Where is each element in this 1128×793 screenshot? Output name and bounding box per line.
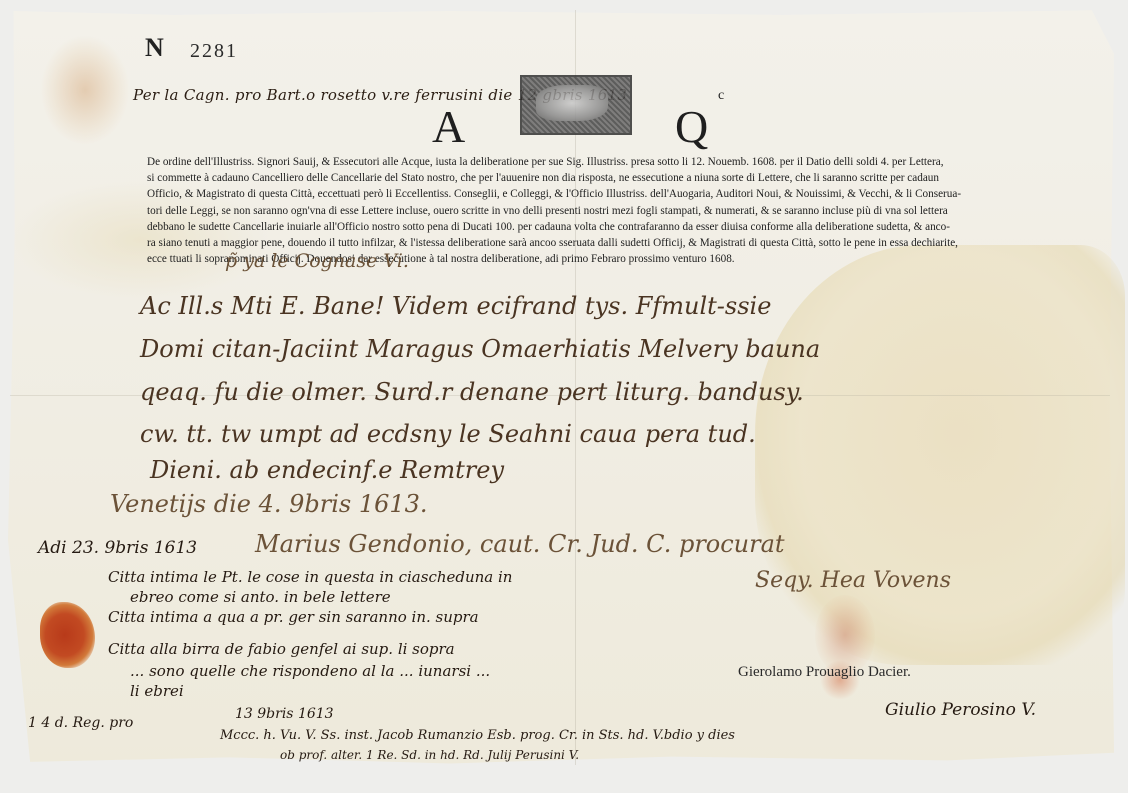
manuscript-line: qeaq. fu die olmer. Surd.r denane pert l… (140, 378, 804, 406)
manuscript-signature-procurator: Marius Gendonio, caut. Cr. Jud. C. procu… (255, 530, 785, 558)
decree-line: si commette à cadauno Cancelliero delle … (147, 170, 1017, 186)
margin-date: Adi 23. 9bris 1613 (38, 538, 197, 558)
header-letter-a: A (432, 100, 465, 153)
bottom-annotation-line-1: Mccc. h. Vu. V. Ss. inst. Jacob Rumanzio… (220, 728, 735, 743)
manuscript-line: Domi citan-Jaciint Maragus Omaerhiatis M… (140, 335, 820, 363)
bottom-date: 13 9bris 1613 (235, 706, 334, 722)
manuscript-note: Citta intima le Pt. le cose in questa in… (108, 568, 512, 586)
decree-line: ra siano tenuti a maggior pene, douendo … (147, 235, 1017, 251)
manuscript-line: Ac Ill.s Mti E. Bane! Videm ecifrand tys… (140, 292, 771, 320)
manuscript-date-line: Venetijs die 4. 9bris 1613. (110, 490, 428, 518)
decree-line: De ordine dell'Illustriss. Signori Sauij… (147, 154, 1017, 170)
signature-giulio-perosino: Giulio Perosino V. (885, 700, 1036, 720)
lion-of-saint-mark-woodcut-icon (520, 75, 632, 135)
manuscript-note: li ebrei (130, 682, 184, 700)
header-letter-q: Q (675, 100, 708, 153)
manuscript-signature-secondary: Seqy. Hea Vovens (755, 568, 951, 593)
manuscript-note: Citta intima a qua a pr. ger sin saranno… (108, 608, 479, 626)
manuscript-note: Citta alla birra de fabio genfel ai sup.… (108, 640, 455, 658)
manuscript-note: ... sono quelle che rispondeno al la ...… (130, 662, 490, 680)
form-number-label: N (145, 33, 165, 63)
printed-signature-dacier: Gierolamo Prouaglio Dacier. (738, 664, 911, 681)
bottom-left-note: 1 4 d. Reg. pro (28, 715, 133, 731)
decree-line: debbano le sudette Cancellarie inuiarle … (147, 219, 1017, 235)
decree-line: tori delle Leggi, se non saranno ogn'vna… (147, 203, 1017, 219)
woodcut-lion-figure (536, 85, 608, 121)
manuscript-line: cw. tt. tw umpt ad ecdsny le Seahni caua… (140, 420, 756, 448)
form-number-value: 2281 (190, 40, 238, 63)
header-letter-q-superscript: c (718, 88, 724, 104)
bottom-annotation-line-2: ob prof. alter. 1 Re. Sd. in hd. Rd. Jul… (280, 748, 579, 762)
manuscript-line: Dieni. ab endecinf.e Remtrey (150, 456, 504, 484)
manuscript-line-salutation: p̃ ya le Cognase Vi. (225, 250, 409, 272)
decree-line: Officio, & Magistrato di questa Città, e… (147, 186, 1017, 202)
manuscript-note: ebreo come si anto. in bele lettere (130, 588, 391, 606)
